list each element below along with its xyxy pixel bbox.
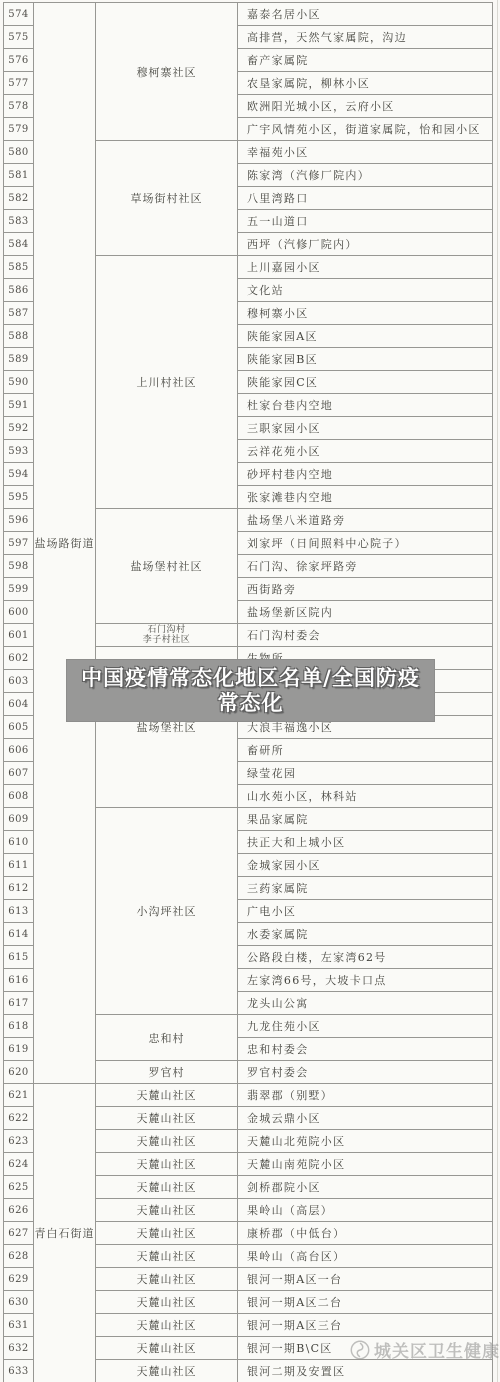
- location-cell: 西街路旁: [238, 578, 493, 601]
- row-number-cell: 585: [4, 256, 34, 279]
- location-cell: 石门沟村委会: [238, 624, 493, 647]
- location-cell: 嘉泰名居小区: [238, 3, 493, 26]
- location-cell: 剑桥郡院小区: [238, 1176, 493, 1199]
- row-number-cell: 598: [4, 555, 34, 578]
- community-cell: 小沟坪社区: [96, 808, 238, 1015]
- street-cell: 青白石街道: [34, 1084, 96, 1382]
- row-number-cell: 593: [4, 440, 34, 463]
- row-number-cell: 629: [4, 1268, 34, 1291]
- location-cell: 银河二期及安置区: [238, 1360, 493, 1382]
- row-number-cell: 592: [4, 417, 34, 440]
- row-number-cell: 620: [4, 1061, 34, 1084]
- location-cell: 康桥郡（中低台）: [238, 1222, 493, 1245]
- row-number-cell: 603: [4, 670, 34, 693]
- row-number-cell: 581: [4, 164, 34, 187]
- community-cell: 上川村社区: [96, 256, 238, 509]
- location-cell: 砂坪村巷内空地: [238, 463, 493, 486]
- location-cell: 穆柯寨小区: [238, 302, 493, 325]
- location-cell: 银河一期A区三台: [238, 1314, 493, 1337]
- row-number-cell: 595: [4, 486, 34, 509]
- row-number-cell: 599: [4, 578, 34, 601]
- row-number-cell: 621: [4, 1084, 34, 1107]
- location-cell: 盐场堡新区院内: [238, 601, 493, 624]
- location-cell: 欧洲阳光城小区，云府小区: [238, 95, 493, 118]
- row-number-cell: 625: [4, 1176, 34, 1199]
- location-cell: 陈家湾（汽修厂院内）: [238, 164, 493, 187]
- location-cell: 上川嘉园小区: [238, 256, 493, 279]
- row-number-cell: 611: [4, 854, 34, 877]
- community-cell-line1: 石门沟村: [147, 625, 185, 635]
- row-number-cell: 586: [4, 279, 34, 302]
- location-cell: 山水苑小区，林科站: [238, 785, 493, 808]
- location-cell: 罗官村委会: [238, 1061, 493, 1084]
- location-cell: 果岭山（高层）: [238, 1199, 493, 1222]
- row-number-cell: 617: [4, 992, 34, 1015]
- row-number-cell: 591: [4, 394, 34, 417]
- location-cell: 盐场堡八米道路旁: [238, 509, 493, 532]
- community-cell: 天麓山社区: [96, 1291, 238, 1314]
- row-number-cell: 624: [4, 1153, 34, 1176]
- location-cell: 银河一期A区二台: [238, 1291, 493, 1314]
- community-cell: 天麓山社区: [96, 1360, 238, 1382]
- row-number-cell: 628: [4, 1245, 34, 1268]
- location-cell: 翡翠郡（别墅）: [238, 1084, 493, 1107]
- row-number-cell: 588: [4, 325, 34, 348]
- row-number-cell: 618: [4, 1015, 34, 1038]
- row-number-cell: 589: [4, 348, 34, 371]
- row-number-cell: 582: [4, 187, 34, 210]
- row-number-cell: 626: [4, 1199, 34, 1222]
- location-cell: 西坪（汽修厂院内）: [238, 233, 493, 256]
- location-cell: 张家滩巷内空地: [238, 486, 493, 509]
- community-cell: 天麓山社区: [96, 1153, 238, 1176]
- community-cell: 天麓山社区: [96, 1268, 238, 1291]
- location-cell: 五一山道口: [238, 210, 493, 233]
- row-number-cell: 613: [4, 900, 34, 923]
- row-number-cell: 615: [4, 946, 34, 969]
- location-cell: 公路段白楼，左家湾62号: [238, 946, 493, 969]
- watermark-text: 城关区卫生健康局: [374, 1337, 500, 1362]
- location-cell: 农垦家属院，柳林小区: [238, 72, 493, 95]
- row-number-cell: 578: [4, 95, 34, 118]
- row-number-cell: 579: [4, 118, 34, 141]
- location-cell: 绿莹花园: [238, 762, 493, 785]
- row-number-cell: 574: [4, 3, 34, 26]
- location-cell: 三药家属院: [238, 877, 493, 900]
- community-cell-line2: 李子村社区: [143, 635, 191, 645]
- row-number-cell: 590: [4, 371, 34, 394]
- overlay-title-banner: 中国疫情常态化地区名单/全国防疫 常态化: [66, 659, 435, 722]
- location-cell: 陕能家园B区: [238, 348, 493, 371]
- row-number-cell: 619: [4, 1038, 34, 1061]
- row-number-cell: 600: [4, 601, 34, 624]
- row-number-cell: 596: [4, 509, 34, 532]
- row-number-cell: 608: [4, 785, 34, 808]
- community-cell: 天麓山社区: [96, 1199, 238, 1222]
- location-cell: 幸福苑小区: [238, 141, 493, 164]
- location-cell: 陕能家园C区: [238, 371, 493, 394]
- location-cell: 广宇风情苑小区，街道家属院，怡和园小区: [238, 118, 493, 141]
- row-number-cell: 576: [4, 49, 34, 72]
- community-cell: 草场街村社区: [96, 141, 238, 256]
- community-cell: 天麓山社区: [96, 1130, 238, 1153]
- row-number-cell: 632: [4, 1337, 34, 1360]
- location-cell: 天麓山北苑院小区: [238, 1130, 493, 1153]
- location-cell: 果岭山（高台区）: [238, 1245, 493, 1268]
- location-cell: 石门沟、徐家坪路旁: [238, 555, 493, 578]
- community-cell: 盐场堡村社区: [96, 509, 238, 624]
- community-cell: 天麓山社区: [96, 1222, 238, 1245]
- row-number-cell: 606: [4, 739, 34, 762]
- row-number-cell: 631: [4, 1314, 34, 1337]
- location-cell: 杜家台巷内空地: [238, 394, 493, 417]
- row-number-cell: 584: [4, 233, 34, 256]
- location-cell: 畜研所: [238, 739, 493, 762]
- page-edge-line: [497, 0, 498, 1382]
- row-number-cell: 601: [4, 624, 34, 647]
- location-cell: 畜产家属院: [238, 49, 493, 72]
- row-number-cell: 607: [4, 762, 34, 785]
- row-number-cell: 602: [4, 647, 34, 670]
- document-page: 574嘉泰名居小区575高排营，天然气家属院，沟边576畜产家属院577农垦家属…: [0, 0, 500, 1382]
- street-cell: 盐场路街道: [34, 3, 96, 1084]
- location-cell: 果品家属院: [238, 808, 493, 831]
- location-cell: 左家湾66号，大坡卡口点: [238, 969, 493, 992]
- row-number-cell: 583: [4, 210, 34, 233]
- row-number-cell: 616: [4, 969, 34, 992]
- location-cell: 扶正大和上城小区: [238, 831, 493, 854]
- location-cell: 文化站: [238, 279, 493, 302]
- community-cell: 天麓山社区: [96, 1314, 238, 1337]
- location-cell: 刘家坪（日间照料中心院子）: [238, 532, 493, 555]
- row-number-cell: 614: [4, 923, 34, 946]
- row-number-cell: 622: [4, 1107, 34, 1130]
- community-cell: 石门沟村李子村社区: [96, 624, 238, 647]
- location-cell: 广电小区: [238, 900, 493, 923]
- overlay-title-line2: 常态化: [218, 691, 284, 716]
- row-number-cell: 630: [4, 1291, 34, 1314]
- community-cell: 天麓山社区: [96, 1107, 238, 1130]
- location-cell: 九龙住苑小区: [238, 1015, 493, 1038]
- community-cell: 忠和村: [96, 1015, 238, 1061]
- community-cell: 天麓山社区: [96, 1337, 238, 1360]
- location-cell: 三职家园小区: [238, 417, 493, 440]
- row-number-cell: 612: [4, 877, 34, 900]
- row-number-cell: 609: [4, 808, 34, 831]
- watermark-stamp: 城关区卫生健康局: [349, 1337, 500, 1362]
- row-number-cell: 577: [4, 72, 34, 95]
- location-cell: 金城家园小区: [238, 854, 493, 877]
- location-cell: 天麓山南苑院小区: [238, 1153, 493, 1176]
- location-cell: 银河一期A区一台: [238, 1268, 493, 1291]
- location-cell: 金城云鼎小区: [238, 1107, 493, 1130]
- row-number-cell: 627: [4, 1222, 34, 1245]
- row-number-cell: 605: [4, 716, 34, 739]
- community-cell: 天麓山社区: [96, 1245, 238, 1268]
- row-number-cell: 633: [4, 1360, 34, 1382]
- row-number-cell: 594: [4, 463, 34, 486]
- location-cell: 忠和村委会: [238, 1038, 493, 1061]
- location-cell: 陕能家园A区: [238, 325, 493, 348]
- row-number-cell: 597: [4, 532, 34, 555]
- location-cell: 水委家属院: [238, 923, 493, 946]
- community-cell: 穆柯寨社区: [96, 3, 238, 141]
- location-cell: 高排营，天然气家属院，沟边: [238, 26, 493, 49]
- row-number-cell: 610: [4, 831, 34, 854]
- row-number-cell: 604: [4, 693, 34, 716]
- row-number-cell: 575: [4, 26, 34, 49]
- location-cell: 八里湾路口: [238, 187, 493, 210]
- overlay-title-line1: 中国疫情常态化地区名单/全国防疫: [81, 666, 420, 691]
- location-cell: 云祥花苑小区: [238, 440, 493, 463]
- location-cell: 龙头山公寓: [238, 992, 493, 1015]
- row-number-cell: 580: [4, 141, 34, 164]
- community-cell: 天麓山社区: [96, 1176, 238, 1199]
- row-number-cell: 623: [4, 1130, 34, 1153]
- community-cell: 天麓山社区: [96, 1084, 238, 1107]
- health-bureau-logo-icon: [349, 1339, 371, 1361]
- community-cell: 罗官村: [96, 1061, 238, 1084]
- row-number-cell: 587: [4, 302, 34, 325]
